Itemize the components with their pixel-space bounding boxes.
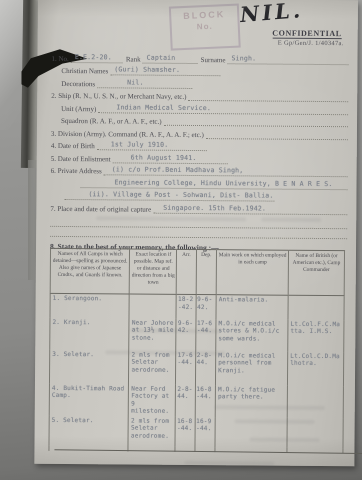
location-cell: Near Johore at 13½ mile stone. <box>129 318 176 350</box>
form-line-squadron: Squadron (R. A. F., or A. A. F., etc.) <box>51 112 348 127</box>
form-body: 1. No. E.E.2-20. Rank Captain Surname Si… <box>50 50 349 253</box>
form-line-decorations: Decorations Nil. <box>51 75 348 90</box>
address-field-3: (ii). Village & Post - Sohwani, Dist- Ba… <box>64 190 274 202</box>
ship-field <box>188 91 348 102</box>
classification-label: CONFIDENTIAL <box>272 29 342 40</box>
table-row: 2. Kranji. Near Johore at 13½ mile stone… <box>50 317 344 351</box>
surname-field: Singh. <box>227 54 348 65</box>
form-line-address-1: 6. Private Address (i) c/o Prof.Beni Mad… <box>51 162 348 177</box>
squadron-field <box>164 116 348 127</box>
enlistment-label: 5. Date of Enlistment <box>51 154 113 162</box>
header-camps: Names of All Camps in which detained—spe… <box>50 248 130 294</box>
form-line-dob: 4. Date of Birth 1st July 1910. <box>51 137 348 152</box>
work-cell: M.O.i/c medical personnel from Kranji. <box>216 351 288 386</box>
commander-cell <box>288 295 344 319</box>
form-line-division: 3. Division (Army). Command (R. A. F., A… <box>51 125 348 140</box>
camp-cell: 3. Seletar. <box>49 349 129 384</box>
reference-number: E Gp/Gen/J. 1/40347a. <box>278 40 344 48</box>
blank-dotted-line-2 <box>50 226 347 238</box>
arr-cell: 18-2-42. <box>176 294 195 318</box>
rank-field: Captain <box>143 53 198 63</box>
unit-value: Indian Medical Service. <box>116 103 211 112</box>
address-field-1: (i) c/o Prof.Beni Madhava Singh, <box>104 165 348 177</box>
location-cell: 2 mls from Seletar aerodrome. <box>128 416 175 446</box>
arr-cell: 16-8-44. <box>175 416 194 446</box>
document-page: BLOCK No. NIL. CONFIDENTIAL E Gp/Gen/J. … <box>34 0 358 466</box>
camp-cell: 4. Bukit-Timah Road Camp. <box>49 383 129 416</box>
capture-field: Singapore. 15th Feb.1942. <box>153 203 347 215</box>
address-label: 6. Private Address <box>51 167 104 175</box>
header-location: Exact location if possible. Map ref. or … <box>130 249 177 294</box>
surname-value: Singh. <box>231 54 256 62</box>
address-value-1: (i) c/o Prof.Beni Madhava Singh, <box>112 165 244 174</box>
form-line-ship: 2. Ship (R. N., U. S. N., or Merchant Na… <box>51 87 348 102</box>
bleed-through <box>235 419 315 424</box>
stamp-line2: No. <box>172 20 238 33</box>
arr-cell: 2-8-44. <box>176 384 195 416</box>
bleed-through <box>184 461 274 466</box>
no-value: E.E.2-20. <box>75 53 112 61</box>
address-value-3: (ii). Village & Post - Sohwani, Dist- Ba… <box>88 190 273 199</box>
christian-names-field: (Guri) Shamsher. <box>110 65 220 76</box>
dep-cell: 17-6-44. <box>195 319 216 351</box>
location-cell: Near Ford Factory at 9 milestone. <box>129 384 176 416</box>
dob-value: 1st July 1910. <box>111 140 169 148</box>
location-cell: 2 mls from Seletar aerodrome. <box>129 350 176 384</box>
camp-cell: 1. Serangoon. <box>50 293 130 318</box>
arr-cell: 17-6-44. <box>176 350 195 384</box>
work-cell: M.O.i/c fatigue party there. <box>215 385 287 418</box>
camp-cell: 2. Kranji. <box>50 317 130 350</box>
bleed-through <box>261 218 321 222</box>
capture-label: 7. Place and date of original capture <box>50 204 153 213</box>
commander-cell <box>287 385 343 417</box>
form-line-capture: 7. Place and date of original capture Si… <box>50 200 347 215</box>
commander-cell: Lt.Col.F.C.Matta. I.M.S. <box>288 319 344 351</box>
dep-cell: 2-8-44. <box>195 351 216 385</box>
squadron-label: Squadron (R. A. F., or A. A. F., etc.) <box>61 117 164 126</box>
bleed-through <box>215 405 325 410</box>
ship-label: 2. Ship (R. N., U. S. N., or Merchant Na… <box>51 92 188 101</box>
decorations-label: Decorations <box>61 79 97 87</box>
form-line-address-2: Engineering College, Hindu University, B… <box>51 175 348 190</box>
table-header-row: Names of All Camps in which detained—spe… <box>50 248 344 295</box>
camp-cell: 5. Seletar. <box>49 415 129 446</box>
enlistment-value: 6th August 1941. <box>131 153 197 162</box>
bleed-through <box>250 437 320 442</box>
photo-of-document: BLOCK No. NIL. CONFIDENTIAL E Gp/Gen/J. … <box>0 0 362 480</box>
header-work: Main work on which employed in each camp <box>216 250 288 296</box>
header-arr: Arr. <box>177 249 196 294</box>
dep-cell: 9-6-42. <box>196 295 217 319</box>
address-value-2: Engineering College, Hindu University, B… <box>115 178 333 188</box>
form-line-christian-names: Christian Names (Guri) Shamsher. <box>51 62 348 77</box>
capture-value: Singapore. 15th Feb.1942. <box>163 203 266 212</box>
rank-label: Rank <box>123 55 143 63</box>
stamp-box: BLOCK No. <box>169 4 241 51</box>
no-field: E.E.2-20. <box>71 53 123 63</box>
decorations-field: Nil. <box>97 78 192 89</box>
header-dep: Dep. <box>196 250 217 295</box>
decorations-value: Nil. <box>127 78 144 86</box>
form-line-enlistment: 5. Date of Enlistment 6th August 1941. <box>51 150 348 165</box>
dep-cell: 16-8-44. <box>195 385 216 417</box>
dep-cell: 16-9-44. <box>194 417 215 447</box>
location-cell <box>129 294 176 318</box>
form-line-no-rank-surname: 1. No. E.E.2-20. Rank Captain Surname Si… <box>51 50 348 65</box>
address-field-2: Engineering College, Hindu University, B… <box>81 178 348 190</box>
christian-names-value: (Guri) Shamsher. <box>114 65 180 74</box>
handwritten-nil: NIL. <box>239 0 304 27</box>
table-row: 4. Bukit-Timah Road Camp. Near Ford Fact… <box>49 383 343 417</box>
work-cell: Anti-malaria. <box>216 295 288 320</box>
surname-label: Surname <box>198 56 228 64</box>
division-field <box>206 129 348 140</box>
dob-field: 1st July 1910. <box>97 140 207 151</box>
table-row: 1. Serangoon. 18-2-42. 9-6-42. Anti-mala… <box>50 293 344 319</box>
no-label: 1. No. <box>51 54 70 62</box>
rank-value: Captain <box>147 53 176 61</box>
work-cell: M.O.i/c medical stores & M.O.i/c some wa… <box>216 319 288 352</box>
header-commander: Name of British (or American etc.), Camp… <box>288 250 344 295</box>
bleed-through <box>130 329 220 334</box>
unit-field: Indian Medical Service. <box>98 103 348 115</box>
form-line-unit: Unit (Army) Indian Medical Service. <box>51 100 348 115</box>
christian-names-label: Christian Names <box>61 67 110 75</box>
commander-cell: Lt.Col.C.D.Malhotra. <box>288 351 344 385</box>
form-line-address-3: (ii). Village & Post - Sohwani, Dist- Ba… <box>50 187 347 202</box>
unit-label: Unit (Army) <box>61 104 98 112</box>
enlistment-field: 6th August 1941. <box>113 153 228 164</box>
arr-cell: 9-6-42. <box>176 318 195 350</box>
dob-label: 4. Date of Birth <box>51 142 97 150</box>
division-label: 3. Division (Army). Command (R. A. F., A… <box>51 129 206 138</box>
